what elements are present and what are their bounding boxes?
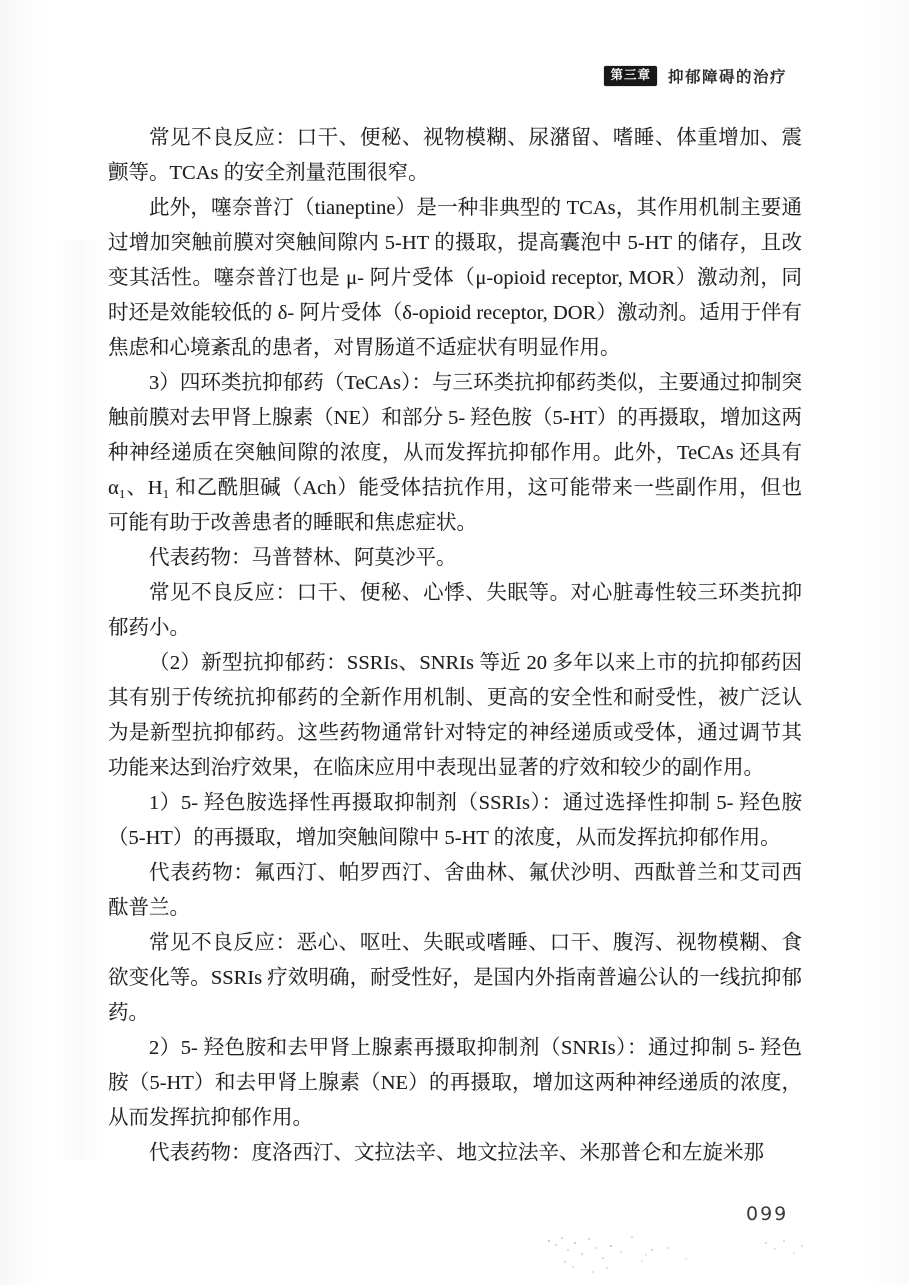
scanned-book-page: { "header": { "chapter_badge": "第三章", "c…: [0, 0, 909, 1285]
paragraph-new-antidepressants: （2）新型抗抑郁药：SSRIs、SNRIs 等近 20 多年以来上市的抗抑郁药因…: [108, 646, 802, 786]
scan-noise-speckles: [765, 1242, 767, 1244]
paragraph-ssris: 1）5- 羟色胺选择性再摄取抑制剂（SSRIs）：通过选择性抑制 5- 羟色胺（…: [108, 786, 802, 856]
paragraph-tecas-adverse: 常见不良反应：口干、便秘、心悸、失眠等。对心脏毒性较三环类抗抑郁药小。: [108, 576, 802, 646]
paragraph-tianeptine: 此外，噻奈普汀（tianeptine）是一种非典型的 TCAs，其作用机制主要通…: [108, 191, 802, 366]
paragraph-snris: 2）5- 羟色胺和去甲肾上腺素再摄取抑制剂（SNRIs）：通过抑制 5- 羟色胺…: [108, 1031, 802, 1136]
chapter-badge: 第三章: [604, 66, 657, 86]
paragraph-common-adverse-tca: 常见不良反应：口干、便秘、视物模糊、尿潴留、嗜睡、体重增加、震颤等。TCAs 的…: [108, 121, 802, 191]
chapter-title: 抑郁障碍的治疗: [668, 65, 787, 87]
paragraph-snris-drugs: 代表药物：度洛西汀、文拉法辛、地文拉法辛、米那普仑和左旋米那: [108, 1136, 802, 1171]
paragraph-ssris-drugs: 代表药物：氟西汀、帕罗西汀、舍曲林、氟伏沙明、西酞普兰和艾司西酞普兰。: [108, 856, 802, 926]
page-number: 099: [746, 1203, 788, 1225]
page-body-text: 常见不良反应：口干、便秘、视物模糊、尿潴留、嗜睡、体重增加、震颤等。TCAs 的…: [108, 121, 802, 1171]
running-header: 第三章 抑郁障碍的治疗: [604, 65, 787, 87]
paragraph-ssris-adverse: 常见不良反应：恶心、呕吐、失眠或嗜睡、口干、腹泻、视物模糊、食欲变化等。SSRI…: [108, 926, 802, 1031]
paragraph-tecas: 3）四环类抗抑郁药（TeCAs）：与三环类抗抑郁药类似，主要通过抑制突触前膜对去…: [108, 366, 802, 541]
scan-noise-speckles: [548, 1240, 550, 1242]
paragraph-tecas-drugs: 代表药物：马普替林、阿莫沙平。: [108, 541, 802, 576]
